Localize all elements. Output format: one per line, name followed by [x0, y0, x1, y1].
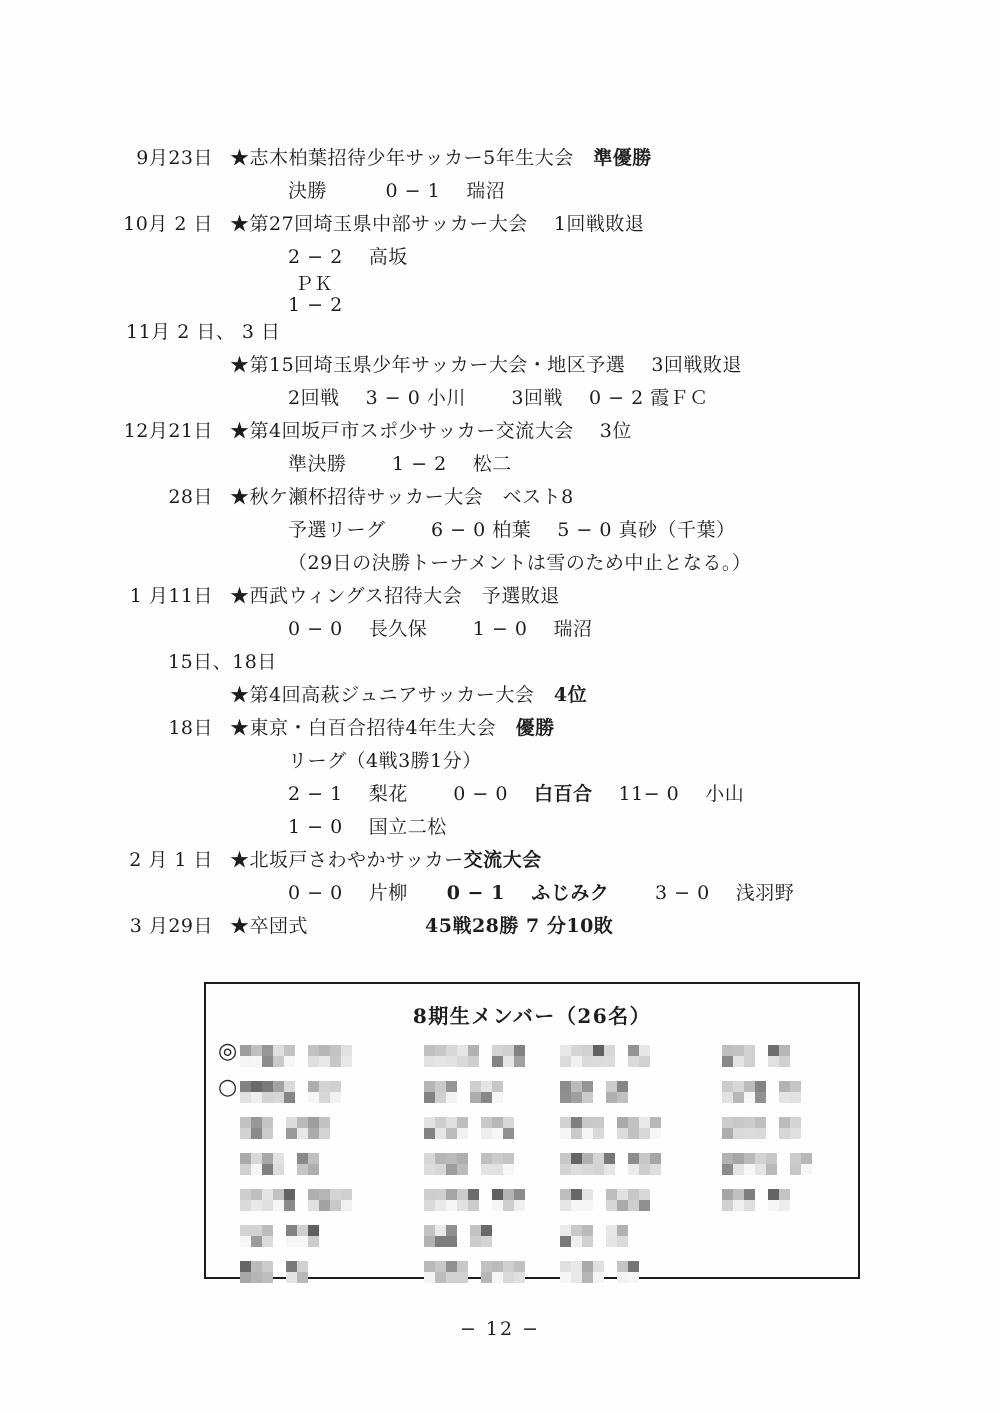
record-text-segment: （29日の決勝トーナメントは雪のため中止となる。） [288, 552, 751, 574]
redacted-member-name [560, 1117, 661, 1139]
record-text: ★北坂戸さわやかサッカー交流大会 [230, 844, 542, 877]
pixelated-block [492, 1045, 525, 1067]
record-date: 10月 2 日 [123, 208, 213, 241]
pixelated-block [470, 1225, 492, 1247]
pixelated-block [240, 1261, 273, 1283]
match-record-list: 9月23日★志木柏葉招待少年サッカー5年生大会 準優勝決勝 0 − 1 瑞沼10… [0, 142, 1000, 943]
record-line: 9月23日★志木柏葉招待少年サッカー5年生大会 準優勝 [0, 142, 1000, 175]
record-text-segment: 11− 0 小山 [593, 783, 745, 805]
record-text-segment: ★西武ウィングス招待大会 予選敗退 [230, 585, 560, 607]
pixelated-block [240, 1081, 295, 1103]
pixelated-block [240, 1153, 284, 1175]
pixelated-block [722, 1081, 766, 1103]
record-text-segment: ★卒団式 [230, 915, 425, 937]
redacted-member-name [424, 1261, 525, 1283]
pixelated-block [617, 1261, 639, 1283]
record-date: 1 月11日 [123, 580, 213, 613]
pixelated-block [481, 1117, 514, 1139]
record-date: 2 月 1 日 [123, 844, 213, 877]
record-date: 18日 [123, 712, 213, 745]
pixelated-block [779, 1117, 801, 1139]
pixelated-block [492, 1189, 525, 1211]
record-text: ＰＫ [288, 274, 334, 295]
record-line: 2 月 1 日★北坂戸さわやかサッカー交流大会 [0, 844, 1000, 877]
record-text-segment: 準決勝 1 − 2 松二 [288, 453, 512, 475]
record-date: 11月 2 日、 3 日 [126, 316, 281, 349]
circle-marker-icon: ○ [218, 1075, 237, 1100]
record-text: 2 − 2 高坂 [288, 241, 408, 274]
pixelated-block [628, 1153, 661, 1175]
pixelated-block [560, 1153, 615, 1175]
record-text-segment: ★第27回埼玉県中部サッカー大会 1回戦敗退 [230, 213, 644, 235]
redacted-member-name [560, 1081, 628, 1103]
record-line: （29日の決勝トーナメントは雪のため中止となる。） [0, 547, 1000, 580]
redacted-member-name [240, 1081, 341, 1103]
record-text: ★西武ウィングス招待大会 予選敗退 [230, 580, 560, 613]
member-row [206, 1149, 858, 1185]
record-line: 28日★秋ケ瀬杯招待サッカー大会 ベスト8 [0, 481, 1000, 514]
record-text-bold: 白百合 [534, 783, 593, 805]
pixelated-block [779, 1081, 801, 1103]
pixelated-block [481, 1261, 525, 1283]
pixelated-block [560, 1189, 593, 1211]
record-text: ★第4回高萩ジュニアサッカー大会 4位 [230, 679, 587, 712]
redacted-member-name [424, 1189, 525, 1211]
redacted-member-name [240, 1153, 319, 1175]
redacted-member-name [722, 1189, 790, 1211]
record-line: 12月21日★第4回坂戸市スポ少サッカー交流大会 3位 [0, 415, 1000, 448]
record-line: 決勝 0 − 1 瑞沼 [0, 175, 1000, 208]
pixelated-block [308, 1189, 352, 1211]
redacted-member-name [240, 1117, 330, 1139]
record-line: 3 月29日★卒団式 45戦28勝 7 分10敗 [0, 910, 1000, 943]
record-line: 1 月11日★西武ウィングス招待大会 予選敗退 [0, 580, 1000, 613]
record-text-segment: ★第4回坂戸市スポ少サッカー交流大会 3位 [230, 420, 632, 442]
record-line: 1 − 0 国立二松 [0, 811, 1000, 844]
record-text: 2回戦 3 − 0 小川 3回戦 0 − 2 霞ＦＣ [288, 382, 709, 415]
member-box: 8期生メンバー（26名） ◎○ [204, 982, 860, 1279]
redacted-member-name [240, 1225, 319, 1247]
record-date: 9月23日 [123, 142, 213, 175]
pixelated-block [628, 1045, 650, 1067]
record-date: 3 月29日 [123, 910, 213, 943]
redacted-member-name [722, 1153, 812, 1175]
pixelated-block [560, 1117, 604, 1139]
record-text-segment: ★第15回埼玉県少年サッカー大会・地区予選 3回戦敗退 [230, 354, 742, 376]
record-text-bold: 優勝 [516, 717, 555, 739]
pixelated-block [481, 1153, 514, 1175]
record-text-segment: 0 − 0 長久保 1 − 0 瑞沼 [288, 618, 592, 640]
record-text-segment: 2 − 2 高坂 [288, 246, 408, 268]
record-text-bold: 45戦28勝 7 分10敗 [425, 915, 613, 937]
redacted-member-name [240, 1261, 308, 1283]
record-text: ★卒団式 45戦28勝 7 分10敗 [230, 910, 613, 943]
record-line: リーグ（4戦3勝1分） [0, 745, 1000, 778]
pixelated-block [470, 1081, 503, 1103]
record-line: 15日、18日 [0, 646, 1000, 679]
pixelated-block [308, 1045, 352, 1067]
pixelated-block [606, 1189, 650, 1211]
record-text: 0 − 0 片柳 0 − 1 ふじみク 3 − 0 浅羽野 [288, 877, 794, 910]
record-line: 予選リーグ 6 − 0 柏葉 5 − 0 真砂（千葉） [0, 514, 1000, 547]
record-text-bold: 準優勝 [593, 147, 652, 169]
member-row [206, 1113, 858, 1149]
record-line: 2 − 1 梨花 0 − 0 白百合 11− 0 小山 [0, 778, 1000, 811]
pixelated-block [424, 1045, 479, 1067]
record-line: 1 − 2 [0, 295, 1000, 316]
pixelated-block [424, 1081, 457, 1103]
member-box-title: 8期生メンバー（26名） [206, 1000, 858, 1029]
record-line: ★第15回埼玉県少年サッカー大会・地区予選 3回戦敗退 [0, 349, 1000, 382]
redacted-member-name [560, 1225, 628, 1247]
record-text: ★第4回坂戸市スポ少サッカー交流大会 3位 [230, 415, 632, 448]
pixelated-block [286, 1261, 308, 1283]
record-text-bold: 0 − 1 ふじみク [447, 882, 610, 904]
record-text: 2 − 1 梨花 0 − 0 白百合 11− 0 小山 [288, 778, 744, 811]
pixelated-block [617, 1117, 661, 1139]
pixelated-block [768, 1045, 790, 1067]
pixelated-block [606, 1081, 628, 1103]
pixelated-block [240, 1225, 273, 1247]
redacted-member-name [560, 1189, 650, 1211]
pixelated-block [297, 1153, 319, 1175]
pixelated-block [560, 1225, 593, 1247]
pixelated-block [240, 1045, 295, 1067]
record-text-segment: ★北坂戸さわやかサッカー [230, 849, 464, 871]
record-text-segment: 1 − 0 国立二松 [288, 816, 447, 838]
redacted-member-name [722, 1117, 801, 1139]
pixelated-block [768, 1189, 790, 1211]
record-text: 準決勝 1 − 2 松二 [288, 448, 512, 481]
record-text-segment: ＰＫ [288, 273, 334, 295]
record-text-segment: ★東京・白百合招待4年生大会 [230, 717, 516, 739]
pixelated-block [240, 1117, 273, 1139]
record-text-segment: 3 − 0 浅羽野 [609, 882, 794, 904]
record-text-segment: 予選リーグ 6 − 0 柏葉 5 − 0 真砂（千葉） [288, 519, 736, 541]
double-circle-marker-icon: ◎ [218, 1039, 237, 1064]
redacted-member-name [424, 1153, 514, 1175]
record-text-segment: ★志木柏葉招待少年サッカー5年生大会 [230, 147, 593, 169]
redacted-member-name [424, 1081, 503, 1103]
record-text-segment: 2回戦 3 − 0 小川 3回戦 0 − 2 霞ＦＣ [288, 387, 709, 409]
record-text-segment: 0 − 0 片柳 [288, 882, 447, 904]
record-text: ★秋ケ瀬杯招待サッカー大会 ベスト8 [230, 481, 574, 514]
record-text-segment: ★秋ケ瀬杯招待サッカー大会 ベスト8 [230, 486, 574, 508]
record-text: （29日の決勝トーナメントは雪のため中止となる。） [288, 547, 751, 580]
member-row [206, 1185, 858, 1221]
redacted-member-name [240, 1045, 352, 1067]
pixelated-block [606, 1225, 628, 1247]
record-text: 0 − 0 長久保 1 − 0 瑞沼 [288, 613, 592, 646]
record-line: 2 − 2 高坂 [0, 241, 1000, 274]
pixelated-block [722, 1153, 777, 1175]
record-text-segment: 決勝 0 − 1 瑞沼 [288, 180, 505, 202]
record-text-segment: リーグ（4戦3勝1分） [288, 750, 482, 772]
record-line: 11月 2 日、 3 日 [0, 316, 1000, 349]
redacted-member-name [424, 1225, 492, 1247]
record-text: 決勝 0 − 1 瑞沼 [288, 175, 505, 208]
record-line: 0 − 0 長久保 1 − 0 瑞沼 [0, 613, 1000, 646]
pixelated-block [424, 1153, 468, 1175]
record-line: 準決勝 1 − 2 松二 [0, 448, 1000, 481]
pixelated-block [286, 1225, 319, 1247]
pixelated-block [424, 1117, 468, 1139]
record-text-segment: ★第4回高萩ジュニアサッカー大会 [230, 684, 554, 706]
pixelated-block [560, 1261, 604, 1283]
member-row [206, 1257, 858, 1293]
record-text-bold: 交流大会 [464, 849, 542, 871]
record-text: 1 − 2 [288, 295, 343, 316]
redacted-member-name [722, 1045, 790, 1067]
pixelated-block [722, 1045, 755, 1067]
member-row: ◎ [206, 1041, 858, 1077]
record-date: 15日、18日 [168, 646, 277, 679]
record-text: ★東京・白百合招待4年生大会 優勝 [230, 712, 555, 745]
record-text-bold: 4位 [554, 684, 587, 706]
scanned-document-page: 9月23日★志木柏葉招待少年サッカー5年生大会 準優勝決勝 0 − 1 瑞沼10… [0, 0, 1000, 1413]
record-line: 18日★東京・白百合招待4年生大会 優勝 [0, 712, 1000, 745]
record-line: 0 − 0 片柳 0 − 1 ふじみク 3 − 0 浅羽野 [0, 877, 1000, 910]
record-line: 10月 2 日★第27回埼玉県中部サッカー大会 1回戦敗退 [0, 208, 1000, 241]
pixelated-block [286, 1117, 330, 1139]
pixelated-block [790, 1153, 812, 1175]
page-number: − 12 − [0, 1318, 1000, 1340]
pixelated-block [722, 1117, 766, 1139]
record-line: ＰＫ [0, 274, 1000, 295]
record-date: 28日 [123, 481, 213, 514]
pixelated-block [722, 1189, 755, 1211]
record-line: ★第4回高萩ジュニアサッカー大会 4位 [0, 679, 1000, 712]
member-row: ○ [206, 1077, 858, 1113]
record-text-segment: 1 − 2 [288, 294, 343, 316]
member-row [206, 1221, 858, 1257]
redacted-member-name [424, 1117, 514, 1139]
redacted-member-name [424, 1045, 525, 1067]
record-text: ★第27回埼玉県中部サッカー大会 1回戦敗退 [230, 208, 644, 241]
redacted-member-name [560, 1153, 661, 1175]
record-date: 12月21日 [123, 415, 213, 448]
redacted-member-name [722, 1081, 801, 1103]
redacted-member-name [560, 1045, 650, 1067]
record-text: ★志木柏葉招待少年サッカー5年生大会 準優勝 [230, 142, 652, 175]
record-text: 予選リーグ 6 − 0 柏葉 5 − 0 真砂（千葉） [288, 514, 736, 547]
record-text: ★第15回埼玉県少年サッカー大会・地区予選 3回戦敗退 [230, 349, 742, 382]
member-rows: ◎○ [206, 1041, 858, 1293]
pixelated-block [424, 1225, 457, 1247]
record-line: 2回戦 3 − 0 小川 3回戦 0 − 2 霞ＦＣ [0, 382, 1000, 415]
record-text: 1 − 0 国立二松 [288, 811, 447, 844]
pixelated-block [560, 1081, 593, 1103]
pixelated-block [424, 1189, 479, 1211]
pixelated-block [560, 1045, 615, 1067]
record-text-segment: 2 − 1 梨花 0 − 0 [288, 783, 534, 805]
pixelated-block [308, 1081, 341, 1103]
pixelated-block [240, 1189, 295, 1211]
pixelated-block [424, 1261, 468, 1283]
record-text: リーグ（4戦3勝1分） [288, 745, 482, 778]
redacted-member-name [240, 1189, 352, 1211]
redacted-member-name [560, 1261, 639, 1283]
